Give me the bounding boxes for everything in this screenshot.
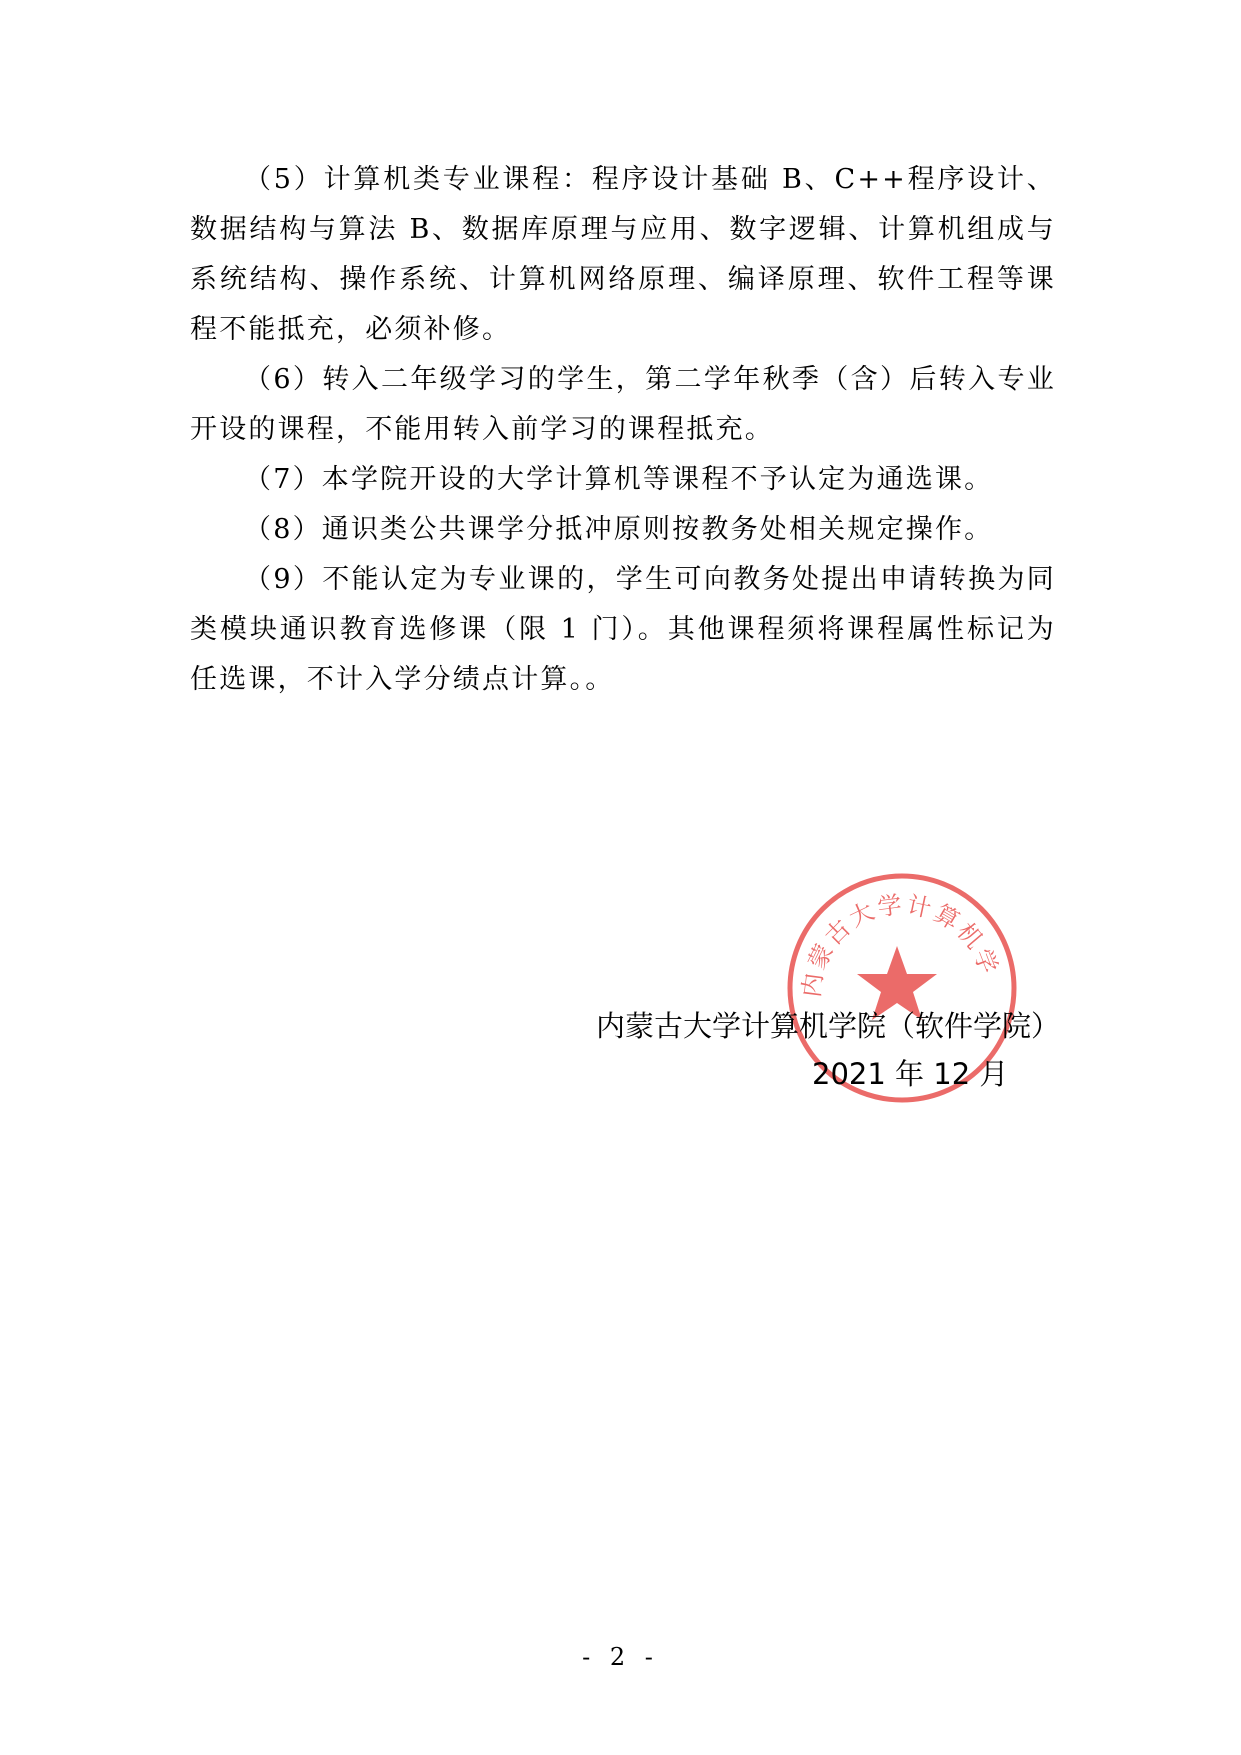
paragraph-number: （9） xyxy=(244,564,322,595)
paragraph-text: 通识类公共课学分抵冲原则按教务处相关规定操作。 xyxy=(322,514,994,545)
paragraph-9: （9）不能认定为专业课的，学生可向教务处提出申请转换为同类模块通识教育选修课（限… xyxy=(190,555,1056,705)
paragraph-text: 本学院开设的大学计算机等课程不予认定为通选课。 xyxy=(322,464,994,495)
signature-organization: 内蒙古大学计算机学院（软件学院） xyxy=(596,1008,1060,1044)
page-number: - 2 - xyxy=(0,1642,1241,1672)
paragraph-number: （6） xyxy=(244,364,322,395)
document-body: （5）计算机类专业课程：程序设计基础 B、C++程序设计、数据结构与算法 B、数… xyxy=(190,155,1056,705)
paragraph-8: （8）通识类公共课学分抵冲原则按教务处相关规定操作。 xyxy=(190,505,1056,555)
signature-date: 2021 年 12 月 xyxy=(812,1056,1008,1092)
paragraph-6: （6）转入二年级学习的学生，第二学年秋季（含）后转入专业开设的课程，不能用转入前… xyxy=(190,355,1056,455)
paragraph-7: （7）本学院开设的大学计算机等课程不予认定为通选课。 xyxy=(190,455,1056,505)
paragraph-number: （5） xyxy=(244,164,324,195)
paragraph-number: （8） xyxy=(244,514,322,545)
document-page: （5）计算机类专业课程：程序设计基础 B、C++程序设计、数据结构与算法 B、数… xyxy=(0,0,1241,1755)
paragraph-number: （7） xyxy=(244,464,322,495)
paragraph-5: （5）计算机类专业课程：程序设计基础 B、C++程序设计、数据结构与算法 B、数… xyxy=(190,155,1056,355)
